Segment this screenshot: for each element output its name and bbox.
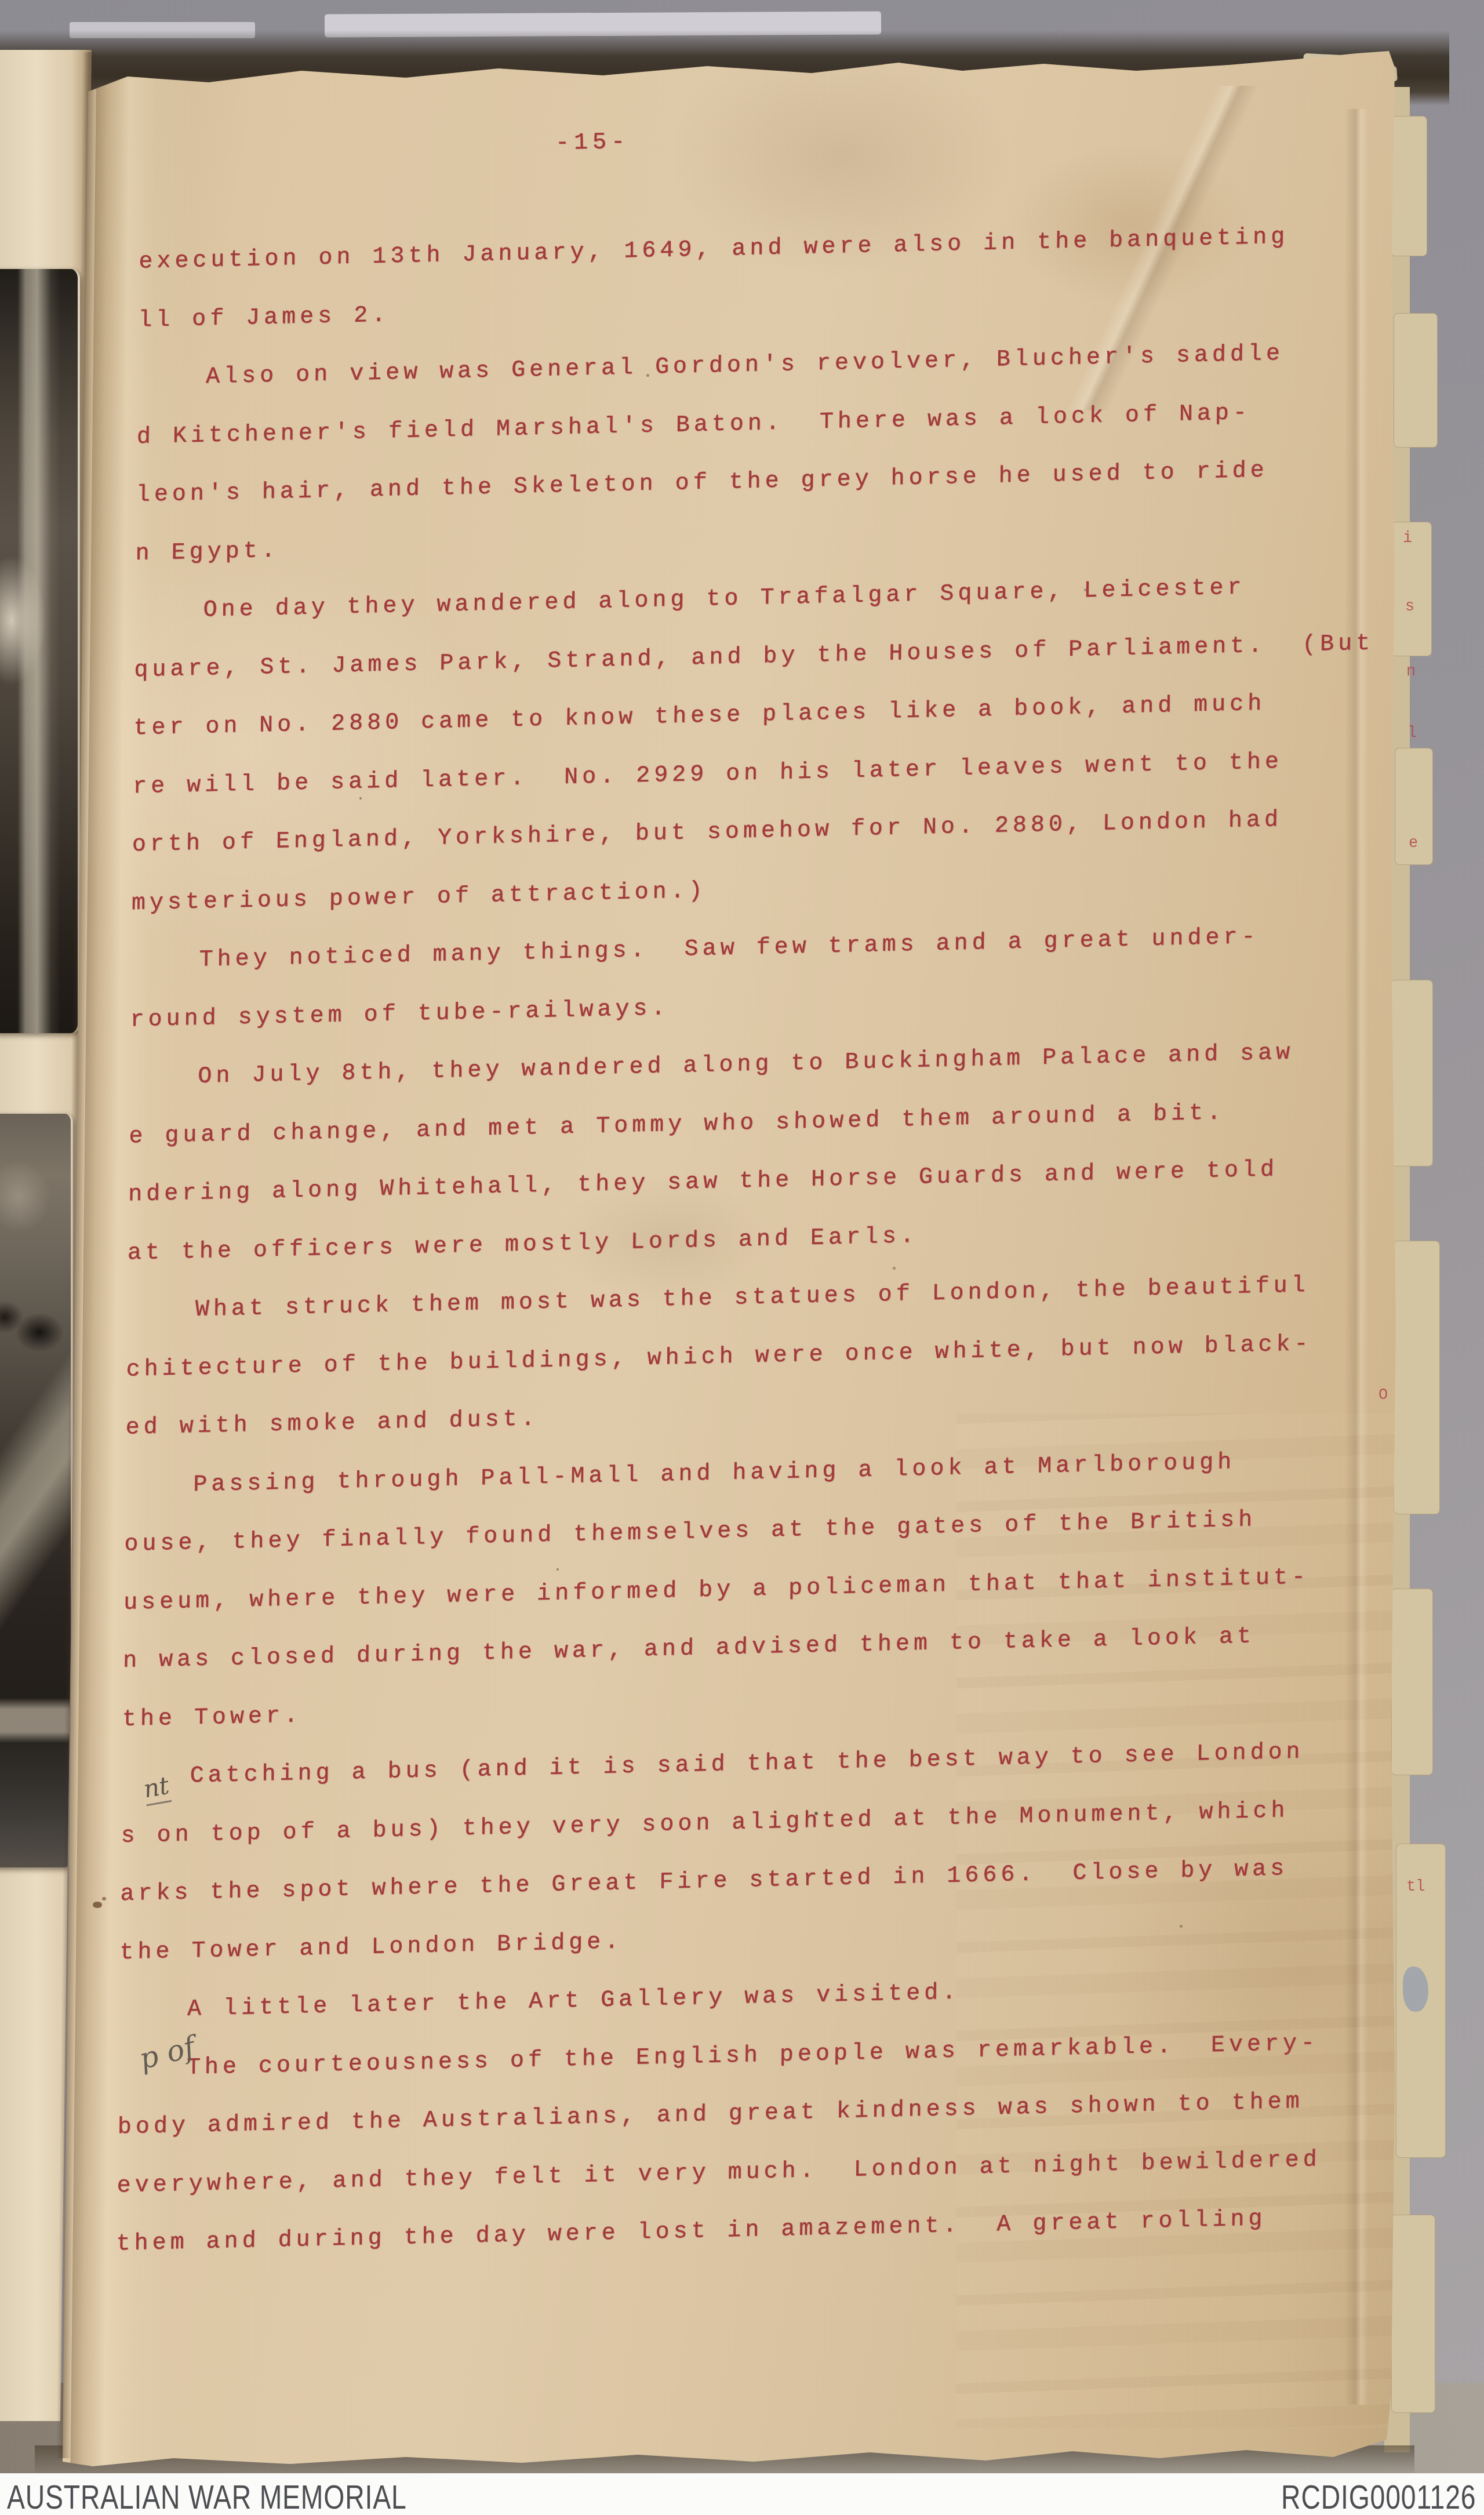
archive-footer-bar: AUSTRALIAN WAR MEMORIAL RCDIG0001126 xyxy=(0,2473,1484,2515)
pencil-mark: nt xyxy=(141,1771,172,1807)
archive-name-label: AUSTRALIAN WAR MEMORIAL xyxy=(7,2478,407,2515)
page-number: -15- xyxy=(555,129,630,157)
torn-page-tab xyxy=(1391,2215,1435,2413)
scanned-document-page: -15- execution on 13th January, 1649, an… xyxy=(0,0,1484,2515)
edge-text-fragment: i xyxy=(1403,530,1412,547)
ink-blot xyxy=(93,1902,102,1908)
edge-text-fragment: s xyxy=(1405,598,1414,616)
typed-text-block: execution on 13th January, 1649, and wer… xyxy=(0,206,1408,2277)
record-id-label: RCDIG0001126 xyxy=(1281,2478,1476,2515)
edge-text-fragment: e xyxy=(1409,835,1418,852)
torn-page-tab xyxy=(1391,1589,1433,1775)
edge-text-fragment: l xyxy=(1407,725,1417,742)
ink-blot xyxy=(102,1897,106,1900)
edge-text-fragment: O xyxy=(1378,1387,1388,1404)
edge-text-fragment: n xyxy=(1406,663,1416,681)
edge-text-fragment: tl xyxy=(1406,1878,1425,1896)
torn-page-tab xyxy=(1394,1241,1440,1514)
